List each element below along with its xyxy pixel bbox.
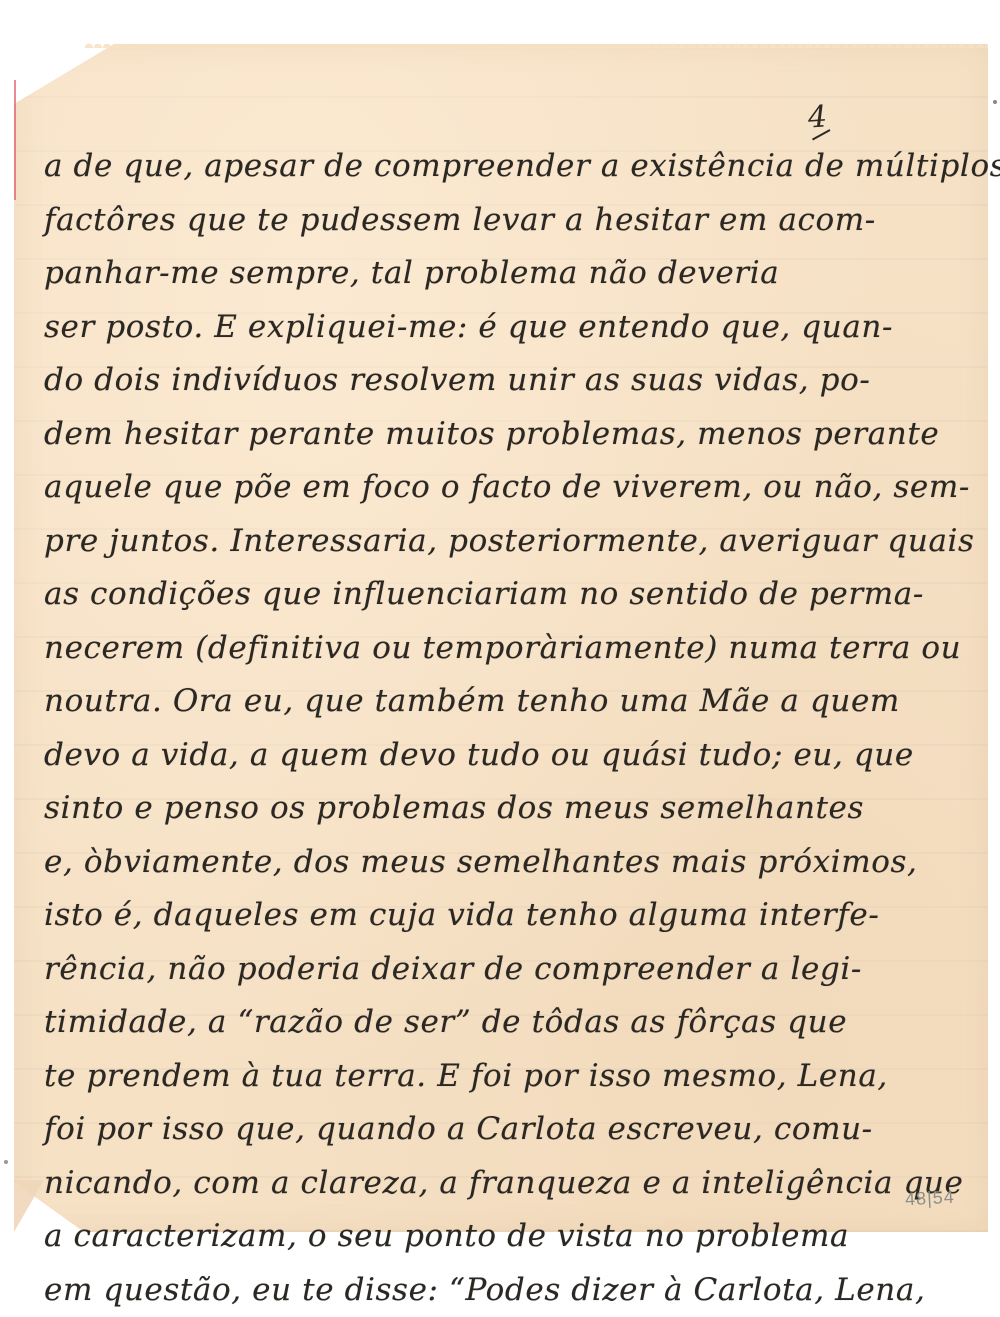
text-line: panhar-me sempre, tal problema não dever… (44, 247, 984, 301)
text-line: devo a vida, a quem devo tudo ou quási t… (44, 729, 984, 783)
text-line: isto é, daqueles em cuja vida tenho algu… (44, 889, 984, 943)
text-line: ser posto. E expliquei-me: é que entendo… (44, 301, 984, 355)
archive-number: 48|54 (904, 1187, 955, 1211)
text-line: noutra. Ora eu, que também tenho uma Mãe… (44, 675, 984, 729)
text-line: aquele que põe em foco o facto de vivere… (44, 461, 984, 515)
text-line: sinto e penso os problemas dos meus seme… (44, 782, 984, 836)
scan-speck (993, 100, 997, 104)
text-line: rência, não poderia deixar de compreende… (44, 943, 984, 997)
text-line: te prendem à tua terra. E foi por isso m… (44, 1050, 984, 1104)
page-number: 4 (807, 99, 828, 135)
text-line: do dois indivíduos resolvem unir as suas… (44, 354, 984, 408)
text-line: foi por isso que, quando a Carlota escre… (44, 1103, 984, 1157)
text-line: a de que, apesar de compreender a existê… (44, 140, 984, 194)
text-line: necerem (definitiva ou temporàriamente) … (44, 622, 984, 676)
text-line: e, òbviamente, dos meus semelhantes mais… (44, 836, 984, 890)
letter-body: a de que, apesar de compreender a existê… (44, 140, 984, 1300)
text-line: dem hesitar perante muitos problemas, me… (44, 408, 984, 462)
folded-corner (14, 1180, 44, 1232)
text-line: pre juntos. Interessaria, posteriormente… (44, 515, 984, 569)
text-line: nicando, com a clareza, a franqueza e a … (44, 1157, 984, 1211)
torn-top-edge (84, 38, 988, 48)
text-line: a caracterizam, o seu ponto de vista no … (44, 1210, 984, 1264)
text-line: as condições que influenciariam no senti… (44, 568, 984, 622)
scan-speck (4, 1160, 8, 1164)
text-line: em questão, eu te disse: “Podes dizer à … (44, 1264, 984, 1301)
text-line: timidade, a “razão de ser” de tôdas as f… (44, 996, 984, 1050)
red-margin-line (14, 80, 16, 200)
text-line: factôres que te pudessem levar a hesitar… (44, 194, 984, 248)
